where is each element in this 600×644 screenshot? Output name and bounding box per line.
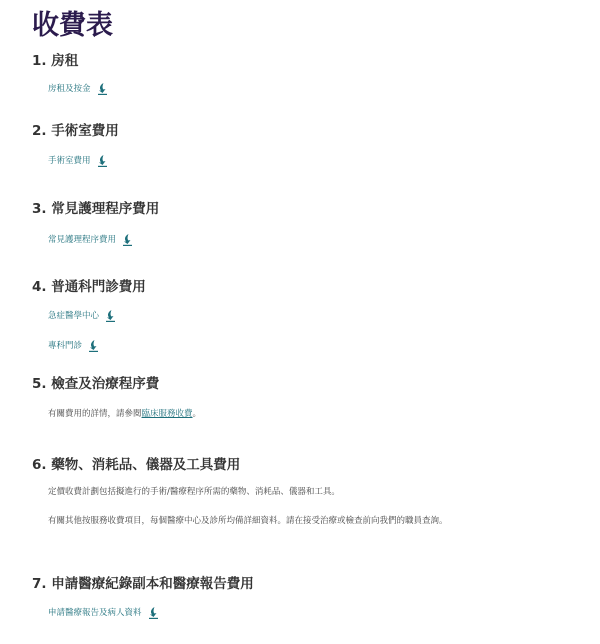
download-link-specialist-outpatient[interactable]: 專科門診 [48,339,99,353]
section-heading-7: 7. 申請醫療紀錄副本和醫療報告費用 [32,575,254,593]
section-number: 3. [32,201,47,217]
download-icon [105,310,116,322]
section-title: 檢查及治療程序費 [51,376,159,392]
section-heading-6: 6. 藥物、消耗品、儀器及工具費用 [32,456,240,474]
link-label: 急症醫學中心 [48,309,99,323]
link-label: 專科門診 [48,339,82,353]
page-title: 收費表 [32,8,113,44]
paragraph-package-pricing: 定價收費計劃包括擬進行的手術/醫療程序所需的藥物、消耗品、儀器和工具。 [48,485,518,500]
section-number: 7. [32,576,47,592]
section-title: 手術室費用 [51,123,119,139]
section-title: 房租 [51,53,78,69]
clinical-services-note: 有關費用的詳情，請參閱臨床服務收費。 [48,407,518,422]
paragraph-other-fees: 有關其他按服務收費項目，每個醫療中心及診所均備詳細資料。請在接受治療或檢查前向我… [48,514,498,529]
section-heading-4: 4. 普通科門診費用 [32,278,146,296]
download-icon [88,340,99,352]
download-link-emergency-centre[interactable]: 急症醫學中心 [48,309,116,323]
note-text: 有關費用的詳情，請參閱 [48,409,142,419]
section-heading-3: 3. 常見護理程序費用 [32,200,159,218]
section-heading-1: 1. 房租 [32,52,78,70]
download-link-nursing-procedures[interactable]: 常見護理程序費用 [48,233,133,247]
download-icon [97,83,108,95]
link-label: 房租及按金 [48,82,91,96]
section-number: 5. [32,376,47,392]
link-label: 申請醫療報告及病人資料 [48,606,142,620]
section-heading-2: 2. 手術室費用 [32,122,119,140]
download-link-operating-theatre[interactable]: 手術室費用 [48,154,108,168]
link-label: 常見護理程序費用 [48,233,116,247]
download-icon [97,155,108,167]
download-icon [122,234,133,246]
section-title: 常見護理程序費用 [51,201,159,217]
section-title: 申請醫療紀錄副本和醫療報告費用 [51,576,254,592]
section-number: 6. [32,457,47,473]
link-label: 手術室費用 [48,154,91,168]
section-title: 藥物、消耗品、儀器及工具費用 [51,457,240,473]
note-text-end: 。 [193,409,202,419]
download-link-medical-report[interactable]: 申請醫療報告及病人資料 [48,606,159,620]
section-number: 4. [32,279,47,295]
section-title: 普通科門診費用 [51,279,146,295]
section-number: 2. [32,123,47,139]
section-number: 1. [32,53,47,69]
download-link-rent-deposit[interactable]: 房租及按金 [48,82,108,96]
section-heading-5: 5. 檢查及治療程序費 [32,375,159,393]
clinical-services-fees-link[interactable]: 臨床服務收費 [142,409,193,419]
download-icon [148,607,159,619]
